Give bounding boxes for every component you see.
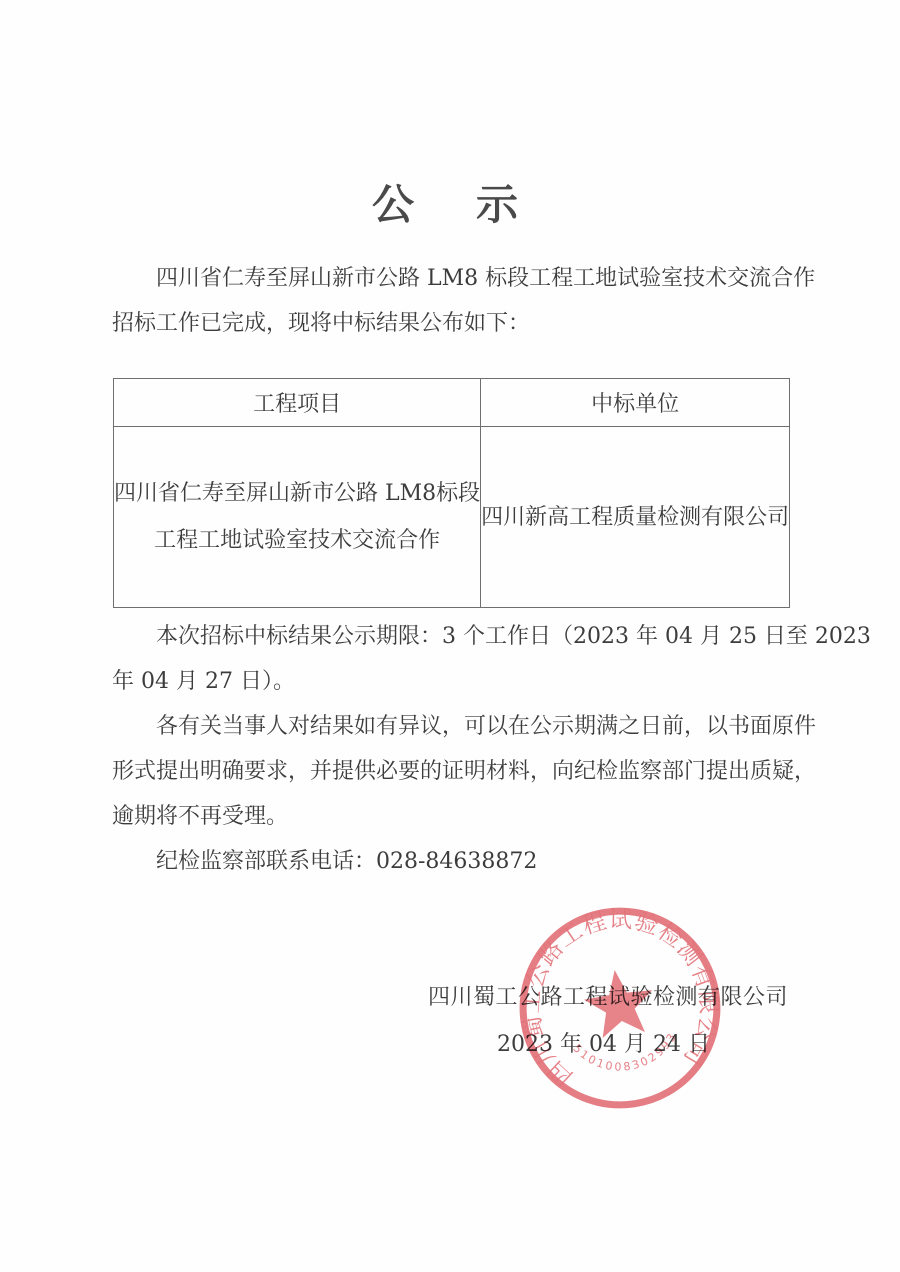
intro-paragraph: 四川省仁寿至屏山新市公路 LM8 标段工程工地试验室技术交流合作 招标工作已完成… xyxy=(112,256,790,346)
paragraph-line: 四川省仁寿至屏山新市公路 LM8 标段工程工地试验室技术交流合作 xyxy=(112,256,790,301)
header-project: 工程项目 xyxy=(114,379,481,427)
signature-company-name: 四川蜀工公路工程试验检测有限公司 xyxy=(428,980,788,1011)
project-name-line: 工程工地试验室技术交流合作 xyxy=(114,517,480,564)
paragraph-line: 年 04 月 27 日）。 xyxy=(112,659,790,704)
contact-paragraph: 纪检监察部联系电话：028-84638872 xyxy=(112,839,790,884)
paragraph-line: 招标工作已完成，现将中标结果公布如下： xyxy=(112,301,790,346)
signature-date: 2023 年 04 月 24 日 xyxy=(497,1027,710,1058)
winner-name: 四川新高工程质量检测有限公司 xyxy=(481,494,789,541)
page-title: 公 示 xyxy=(0,172,900,232)
contact-phone-line: 纪检监察部联系电话：028-84638872 xyxy=(112,839,790,884)
table-row: 四川省仁寿至屏山新市公路 LM8标段 工程工地试验室技术交流合作 四川新高工程质… xyxy=(114,427,790,608)
paragraph-line: 本次招标中标结果公示期限：3 个工作日（2023 年 04 月 25 日至 20… xyxy=(112,614,790,659)
period-paragraph: 本次招标中标结果公示期限：3 个工作日（2023 年 04 月 25 日至 20… xyxy=(112,614,790,704)
scanned-announcement-page: 公 示 四川省仁寿至屏山新市公路 LM8 标段工程工地试验室技术交流合作 招标工… xyxy=(0,0,900,1272)
cell-winner: 四川新高工程质量检测有限公司 xyxy=(481,427,790,608)
paragraph-line: 形式提出明确要求，并提供必要的证明材料，向纪检监察部门提出质疑， xyxy=(112,749,790,794)
project-name-line: 四川省仁寿至屏山新市公路 LM8标段 xyxy=(114,470,480,517)
paragraph-line: 逾期将不再受理。 xyxy=(112,794,790,839)
header-winner: 中标单位 xyxy=(481,379,790,427)
cell-project: 四川省仁寿至屏山新市公路 LM8标段 工程工地试验室技术交流合作 xyxy=(114,427,481,608)
objection-paragraph: 各有关当事人对结果如有异议，可以在公示期满之日前，以书面原件 形式提出明确要求，… xyxy=(112,704,790,839)
bid-result-table: 工程项目 中标单位 四川省仁寿至屏山新市公路 LM8标段 工程工地试验室技术交流… xyxy=(113,378,790,608)
table-header-row: 工程项目 中标单位 xyxy=(114,379,790,427)
paragraph-line: 各有关当事人对结果如有异议，可以在公示期满之日前，以书面原件 xyxy=(112,704,790,749)
